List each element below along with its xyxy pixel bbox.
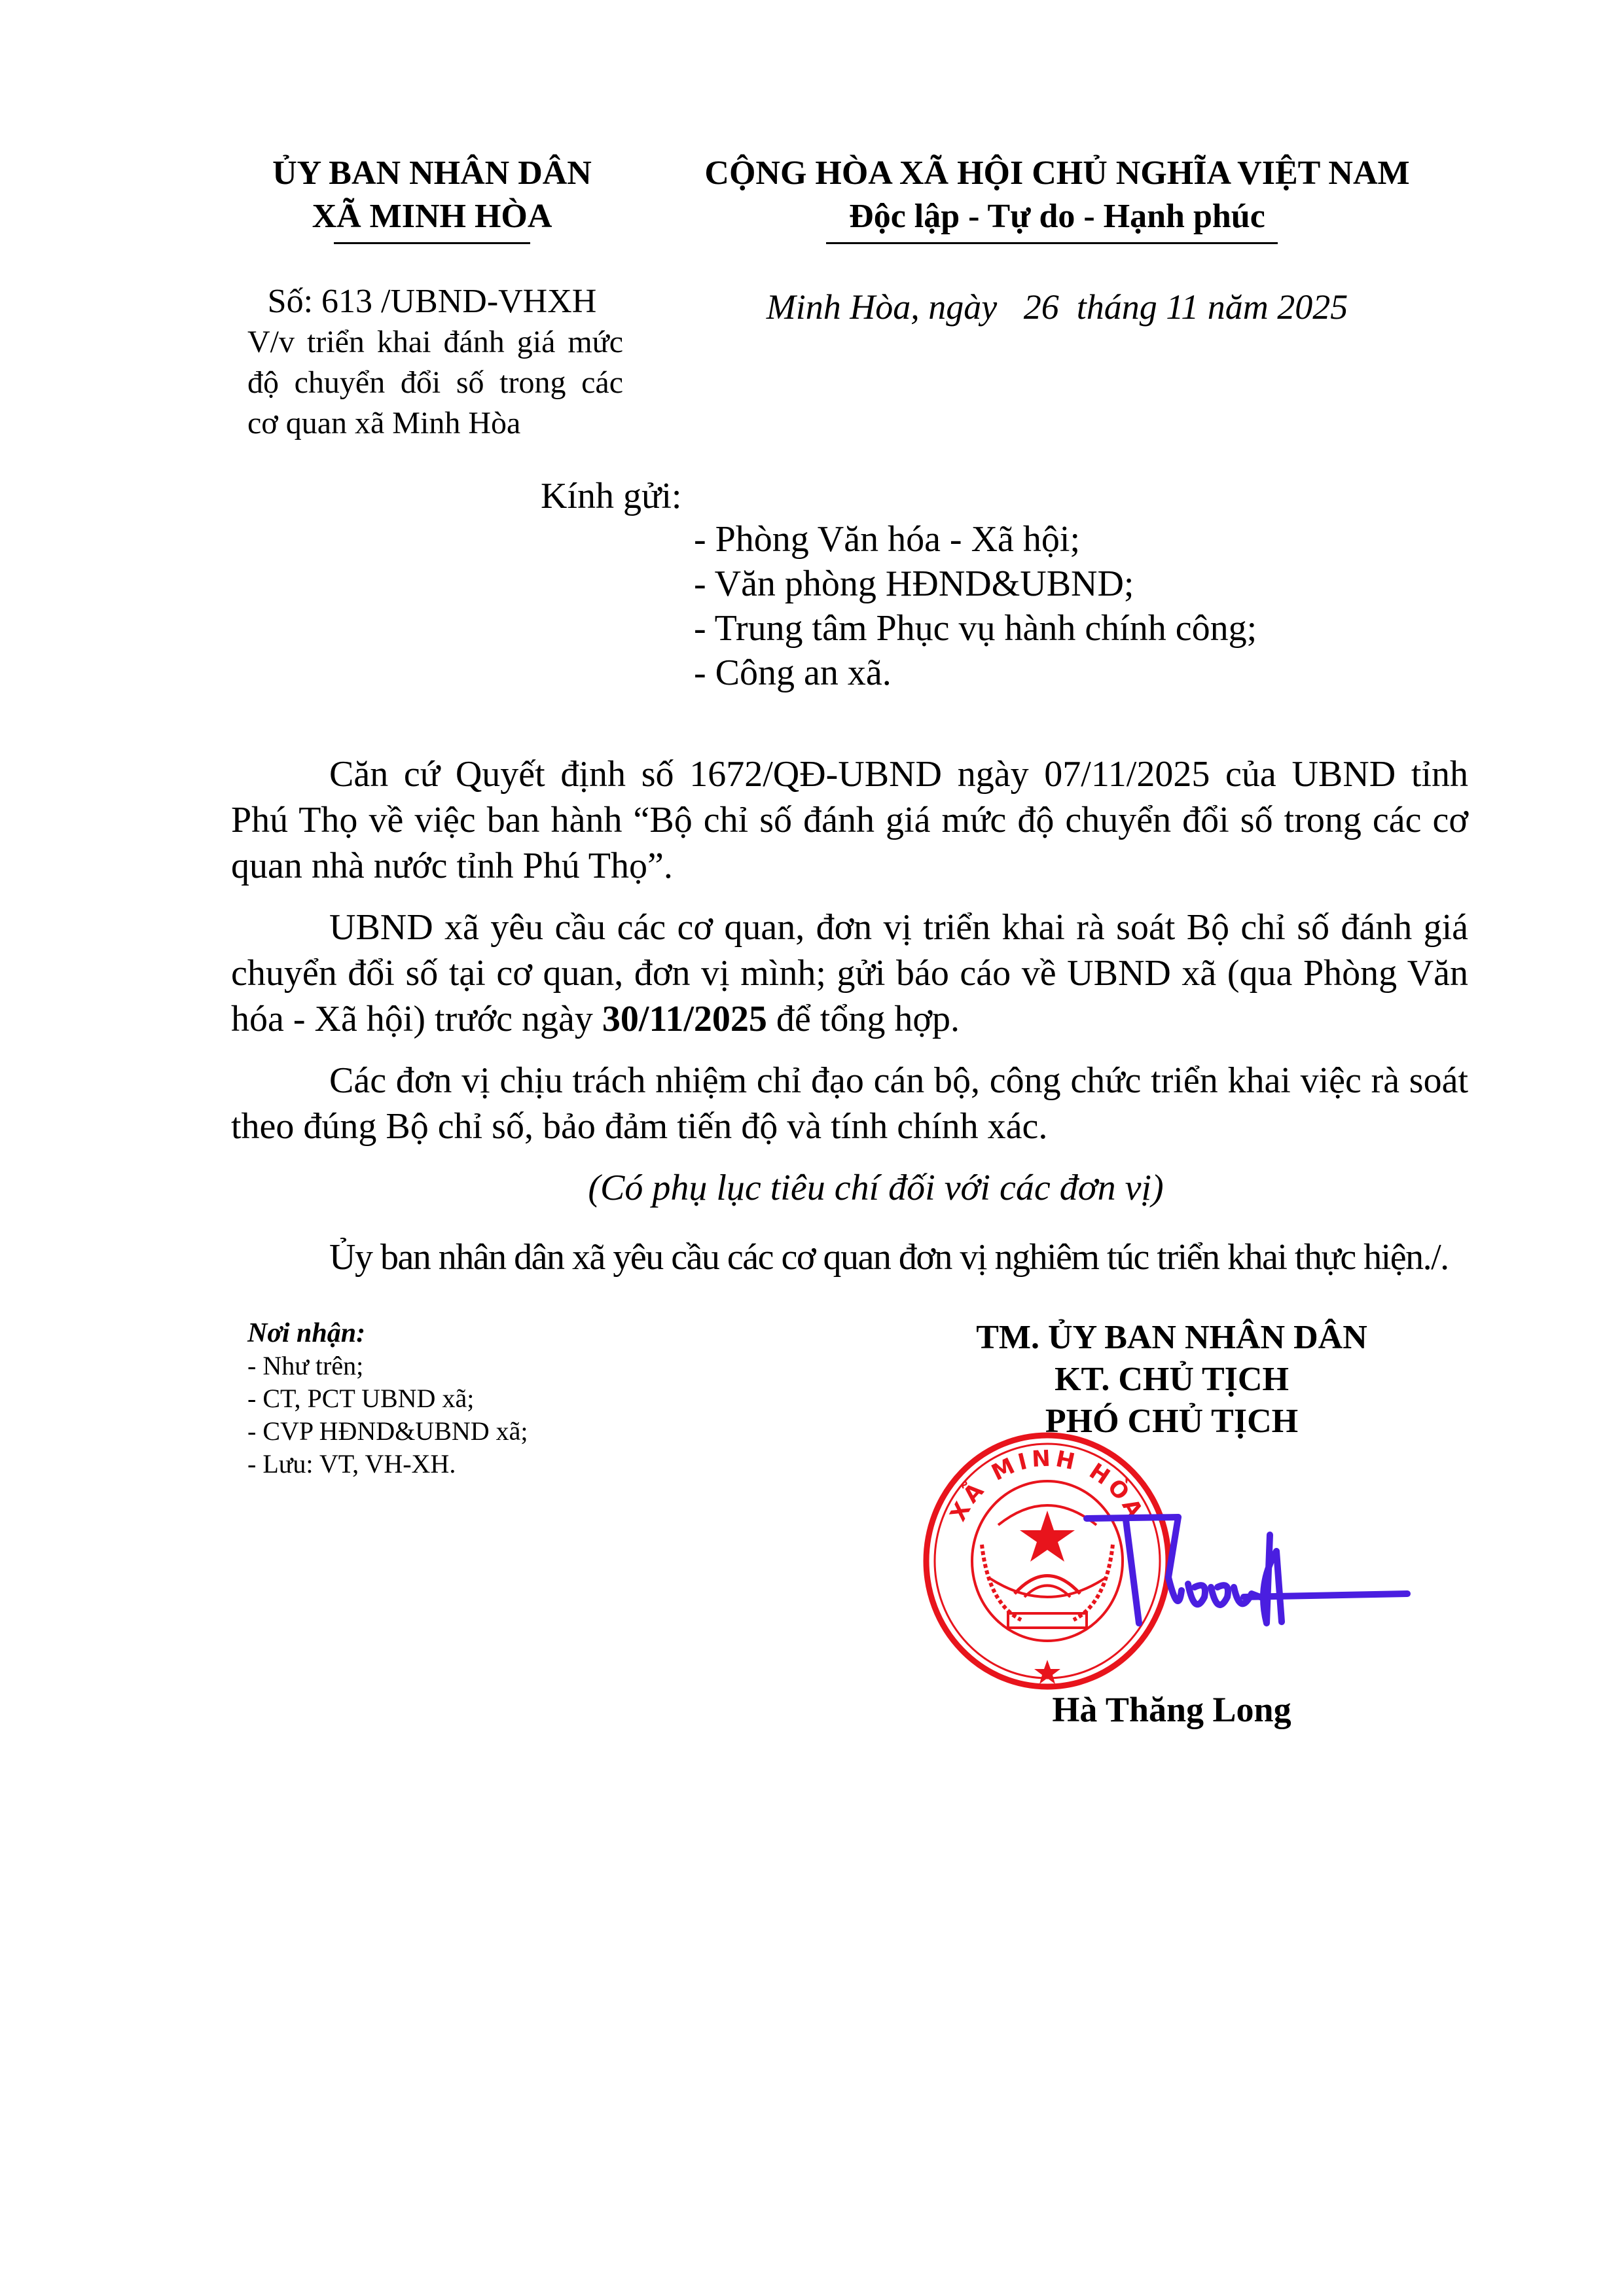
signature-title-block: TM. ỦY BAN NHÂN DÂN KT. CHỦ TỊCH PHÓ CHỦ… (903, 1317, 1440, 1443)
recipient-item: - Phòng Văn hóa - Xã hội; (694, 517, 1257, 562)
signature-line1: TM. ỦY BAN NHÂN DÂN (903, 1317, 1440, 1359)
seal-star-icon (1020, 1511, 1075, 1562)
national-motto: Độc lập - Tự do - Hạnh phúc (655, 195, 1460, 238)
issuer-line1: ỦY BAN NHÂN DÂN (209, 152, 655, 195)
doc-number: Số: 613 /UBND-VHXH (209, 281, 655, 322)
appendix-note: (Có phụ lục tiêu chí đối với các đơn vị) (231, 1165, 1468, 1211)
recipient-item: - Công an xã. (694, 651, 1257, 695)
distribution-item: - Như trên; (247, 1350, 528, 1382)
recipients-list: - Phòng Văn hóa - Xã hội; - Văn phòng HĐ… (694, 517, 1257, 695)
issue-date: Minh Hòa, ngày 26 tháng 11 năm 2025 (655, 285, 1460, 329)
paragraph-responsibility: Các đơn vị chịu trách nhiệm chỉ đạo cán … (231, 1058, 1468, 1149)
doc-subject: V/v triển khai đánh giá mức độ chuyển đổ… (247, 322, 623, 444)
motto-underline (826, 242, 1278, 244)
closing-line: Ủy ban nhân dân xã yêu cầu các cơ quan đ… (231, 1234, 1468, 1280)
issuer-line2: XÃ MINH HÒA (209, 195, 655, 238)
national-title-block: CỘNG HÒA XÃ HỘI CHỦ NGHĨA VIỆT NAM Độc l… (655, 152, 1460, 238)
signature-line2: KT. CHỦ TỊCH (903, 1359, 1440, 1401)
distribution-label: Nơi nhận: (247, 1317, 528, 1350)
paragraph-basis: Căn cứ Quyết định số 1672/QĐ-UBND ngày 0… (231, 751, 1468, 889)
distribution-item: - Lưu: VT, VH-XH. (247, 1448, 528, 1480)
paragraph-request: UBND xã yêu cầu các cơ quan, đơn vị triể… (231, 905, 1468, 1042)
recipient-item: - Văn phòng HĐND&UBND; (694, 562, 1257, 606)
distribution-item: - CVP HĐND&UBND xã; (247, 1415, 528, 1448)
letter-body: Căn cứ Quyết định số 1672/QĐ-UBND ngày 0… (231, 751, 1468, 1296)
recipients-label: Kính gửi: (541, 474, 681, 518)
signer-name: Hà Thăng Long (903, 1689, 1440, 1731)
distribution-block: Nơi nhận: - Như trên; - CT, PCT UBND xã;… (247, 1317, 528, 1480)
deadline-date: 30/11/2025 (602, 999, 767, 1039)
issuer-underline (334, 242, 530, 244)
distribution-item: - CT, PCT UBND xã; (247, 1382, 528, 1415)
issuer-block: ỦY BAN NHÂN DÂN XÃ MINH HÒA (209, 152, 655, 238)
national-title: CỘNG HÒA XÃ HỘI CHỦ NGHĨA VIỆT NAM (655, 152, 1460, 195)
handwritten-signature (1080, 1505, 1420, 1656)
recipient-item: - Trung tâm Phục vụ hành chính công; (694, 606, 1257, 651)
